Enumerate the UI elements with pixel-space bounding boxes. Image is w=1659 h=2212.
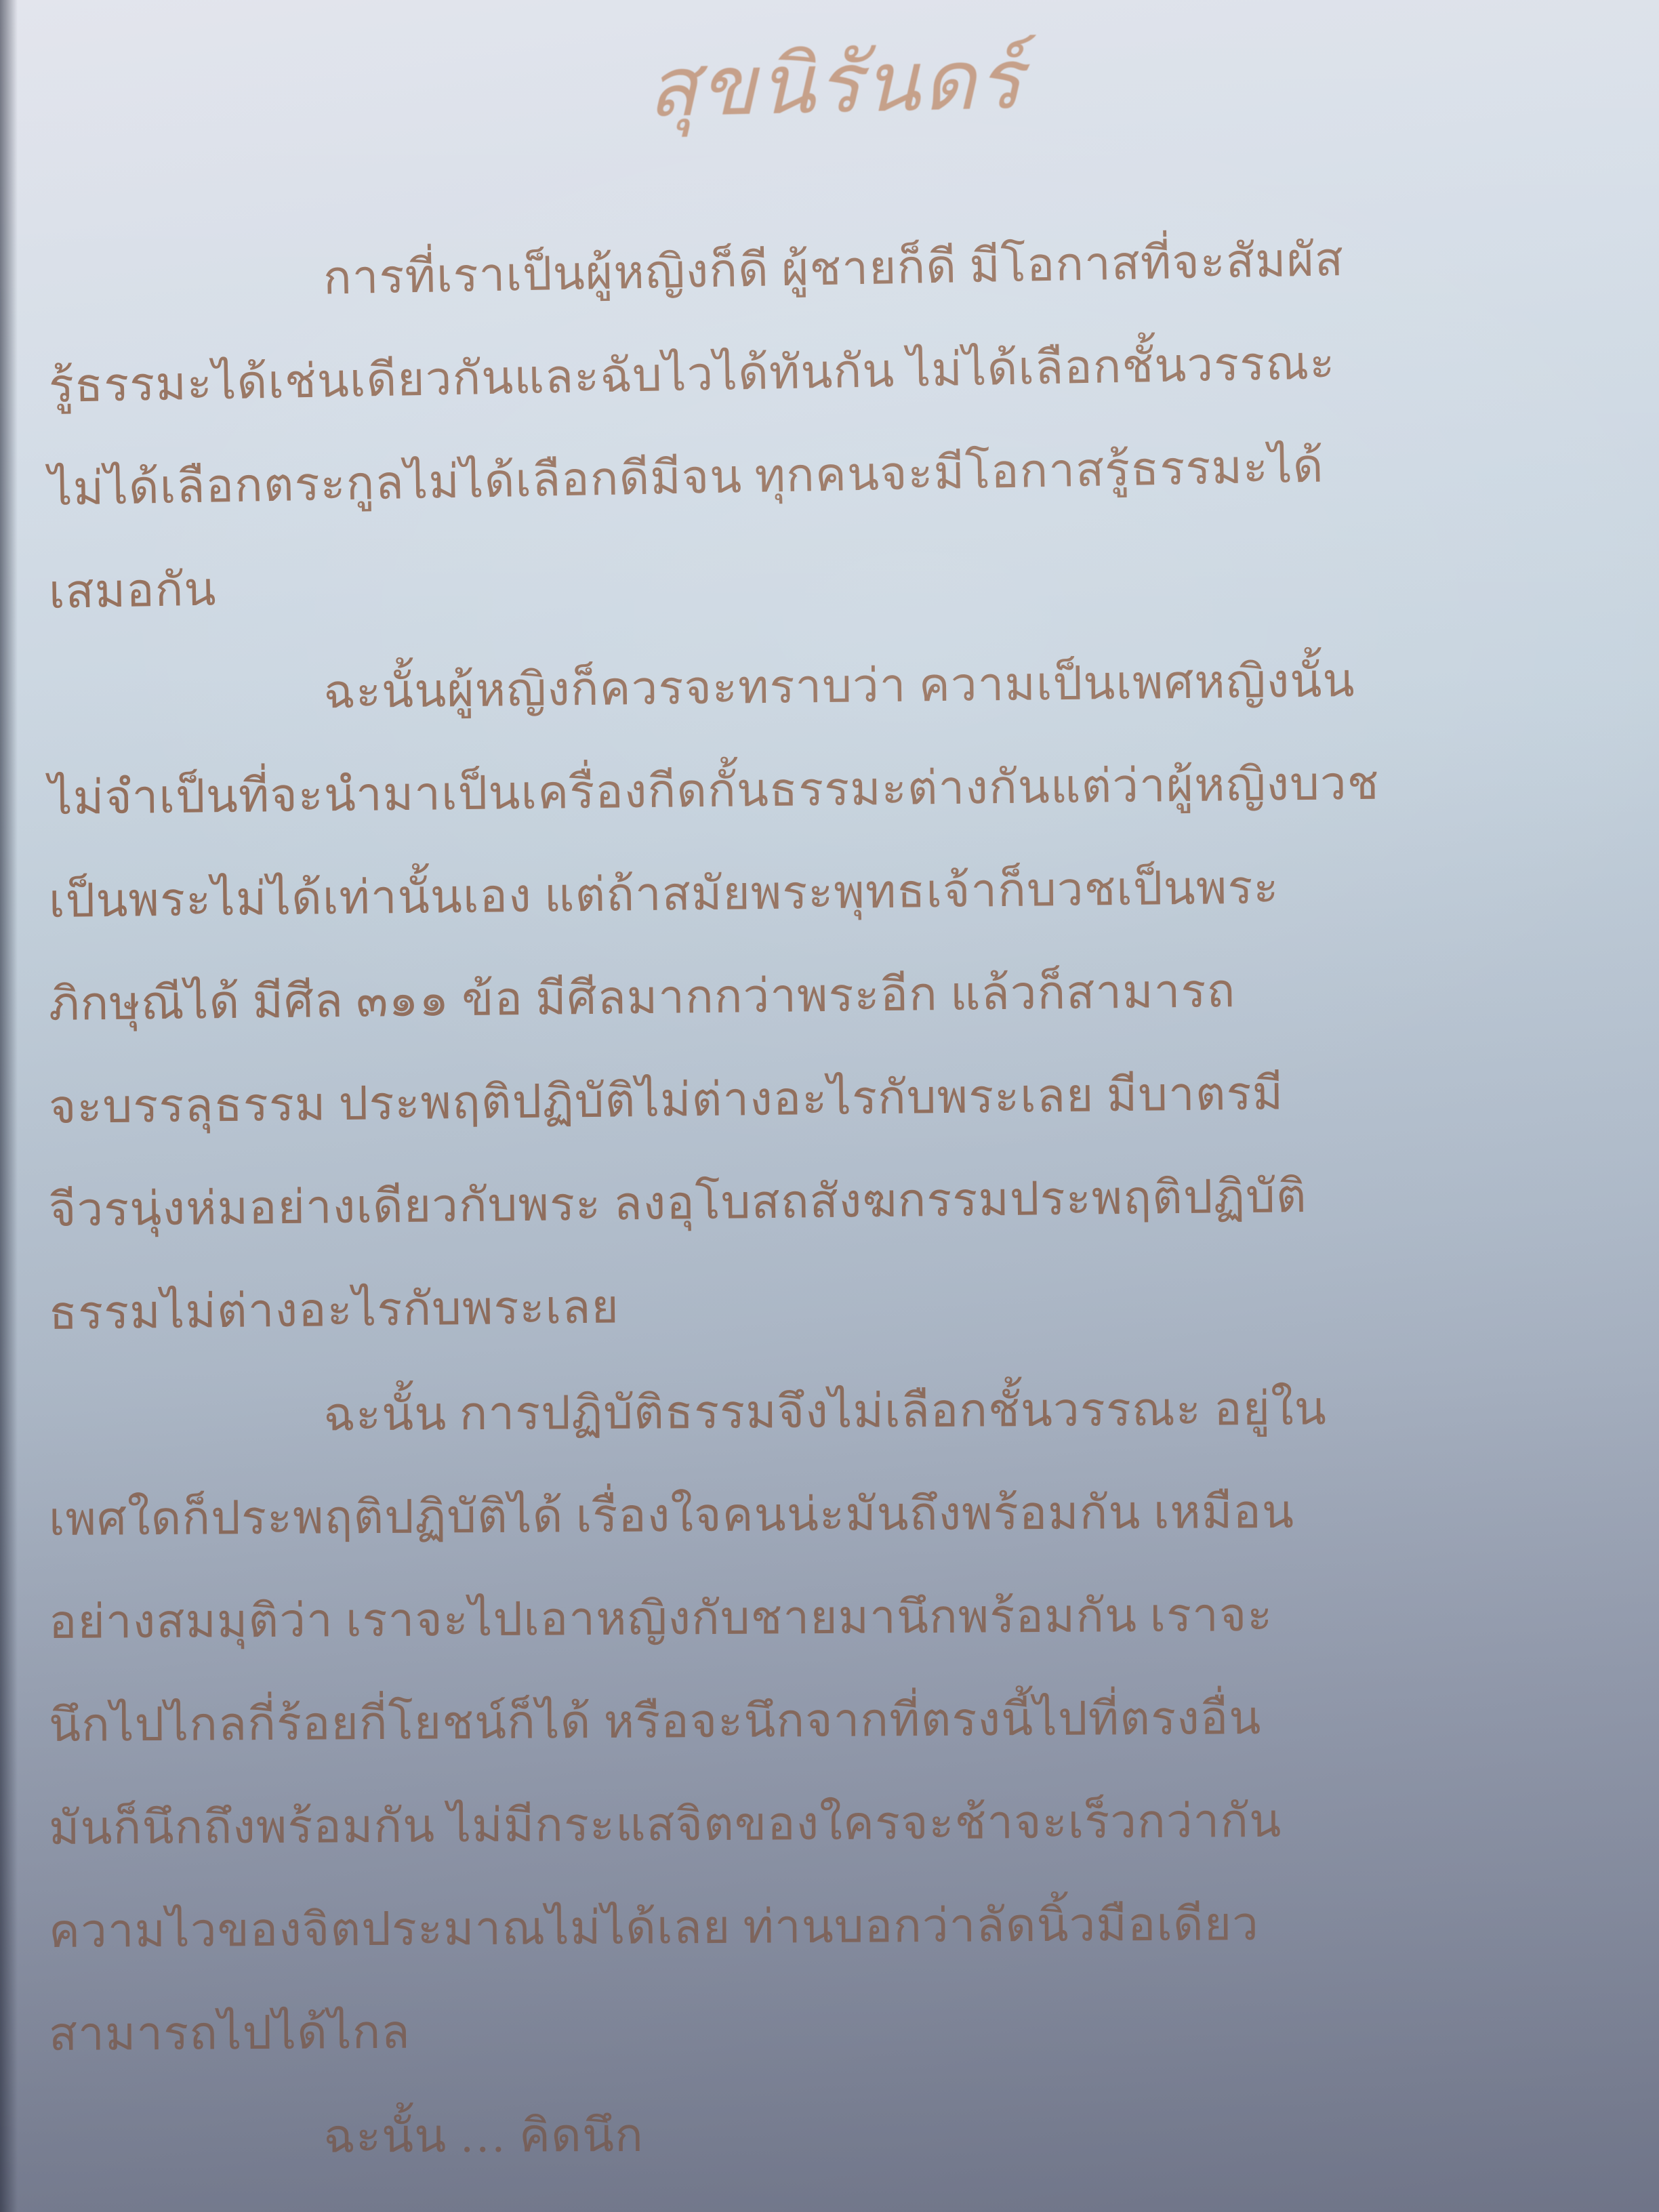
text-line: ความไวของจิตประมาณไม่ได้เลย ท่านบอกว่าลั…	[49, 1870, 1623, 1983]
paragraph-2: ฉะนั้นผู้หญิงก็ควรจะทราบว่า ความเป็นเพศห…	[49, 644, 1622, 1365]
text-line: นึกไปไกลกี่ร้อยกี่โยชน์ก็ได้ หรือจะนึกจา…	[49, 1664, 1623, 1777]
text-line: เพศใดก็ประพฤติปฏิบัติได้ เรื่องใจคนน่ะมั…	[49, 1458, 1623, 1571]
text-line: ธรรมไม่ต่างอะไรกับพระเลย	[48, 1244, 1623, 1365]
text-line: ฉะนั้น การปฏิบัติธรรมจึงไม่เลือกชั้นวรรณ…	[49, 1355, 1623, 1468]
text-line: เป็นพระไม่ได้เท่านั้นเอง แต่ถ้าสมัยพระพุ…	[48, 832, 1623, 953]
text-line: ไม่จำเป็นที่จะนำมาเป็นเครื่องกีดกั้นธรรม…	[48, 729, 1623, 850]
paragraph-1: การที่เราเป็นผู้หญิงก็ดี ผู้ชายก็ดี มีโอ…	[49, 232, 1622, 644]
text-line: ฉะนั้นผู้หญิงก็ควรจะทราบว่า ความเป็นเพศห…	[48, 626, 1623, 747]
text-line: จีวรนุ่งห่มอย่างเดียวกับพระ ลงอุโบสถสังฆ…	[48, 1141, 1623, 1262]
page-content: สุขนิรันดร์ การที่เราเป็นผู้หญิงก็ดี ผู้…	[49, 39, 1622, 2189]
paragraph-3: ฉะนั้น การปฏิบัติธรรมจึงไม่เลือกชั้นวรรณ…	[49, 1365, 1622, 2086]
text-line: จะบรรลุธรรม ประพฤติปฏิบัติไม่ต่างอะไรกับ…	[48, 1038, 1623, 1159]
text-line: มันก็นึกถึงพร้อมกัน ไม่มีกระแสจิตของใครจ…	[49, 1767, 1623, 1880]
book-page: สุขนิรันดร์ การที่เราเป็นผู้หญิงก็ดี ผู้…	[0, 0, 1659, 2212]
text-line-cutoff: ฉะนั้น … คิดนึก	[49, 2081, 1623, 2189]
page-title: สุขนิรันดร์	[48, 22, 1623, 148]
text-line: สามารถไปได้ไกล	[49, 1973, 1623, 2086]
text-line: ภิกษุณีได้ มีศีล ๓๑๑ ข้อ มีศีลมากกว่าพระ…	[48, 935, 1623, 1056]
text-line: อย่างสมมุติว่า เราจะไปเอาหญิงกับชายมานึก…	[49, 1561, 1623, 1674]
paragraph-4-partial: ฉะนั้น … คิดนึก	[49, 2086, 1622, 2189]
